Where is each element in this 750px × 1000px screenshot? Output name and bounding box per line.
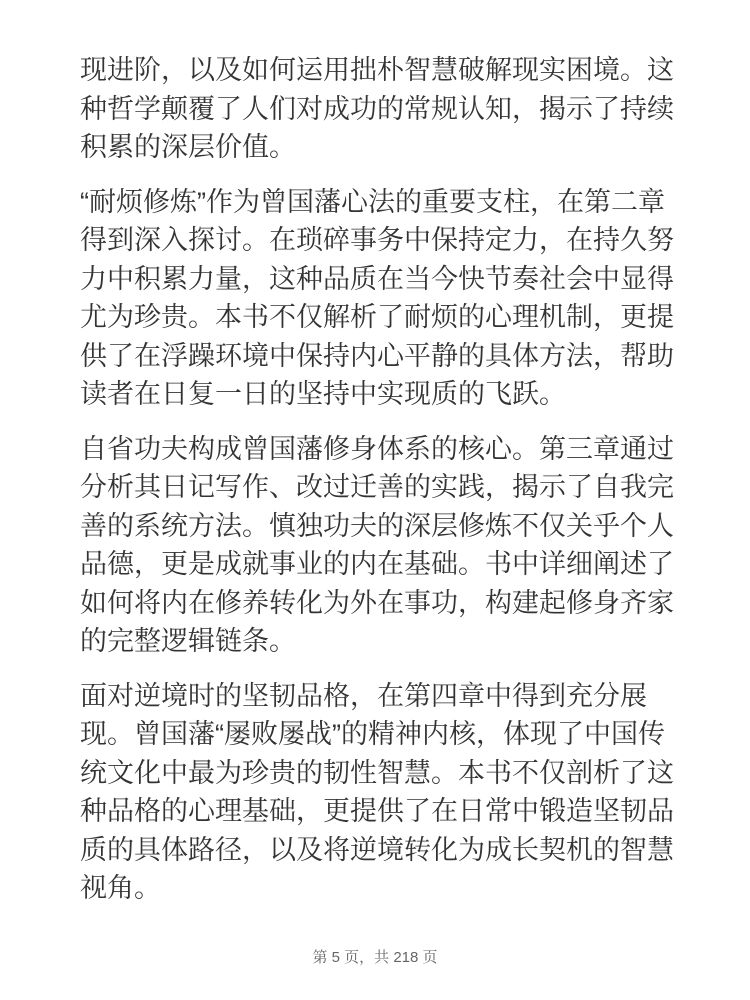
page-content: 现进阶，以及如何运用拙朴智慧破解现实困境。这种哲学颠覆了人们对成功的常规认知，揭…: [80, 51, 676, 908]
paragraph: 现进阶，以及如何运用拙朴智慧破解现实困境。这种哲学颠覆了人们对成功的常规认知，揭…: [80, 51, 676, 167]
page-number-indicator: 第 5 页，共 218 页: [0, 948, 750, 968]
paragraph: “耐烦修炼”作为曾国藩心法的重要支柱，在第二章得到深入探讨。在琐碎事务中保持定力…: [80, 183, 676, 414]
paragraph: 自省功夫构成曾国藩修身体系的核心。第三章通过分析其日记写作、改过迁善的实践，揭示…: [80, 430, 676, 661]
paragraph: 面对逆境时的坚韧品格，在第四章中得到充分展现。曾国藩“屡败屡战”的精神内核，体现…: [80, 677, 676, 908]
document-page: 现进阶，以及如何运用拙朴智慧破解现实困境。这种哲学颠覆了人们对成功的常规认知，揭…: [0, 0, 750, 1000]
